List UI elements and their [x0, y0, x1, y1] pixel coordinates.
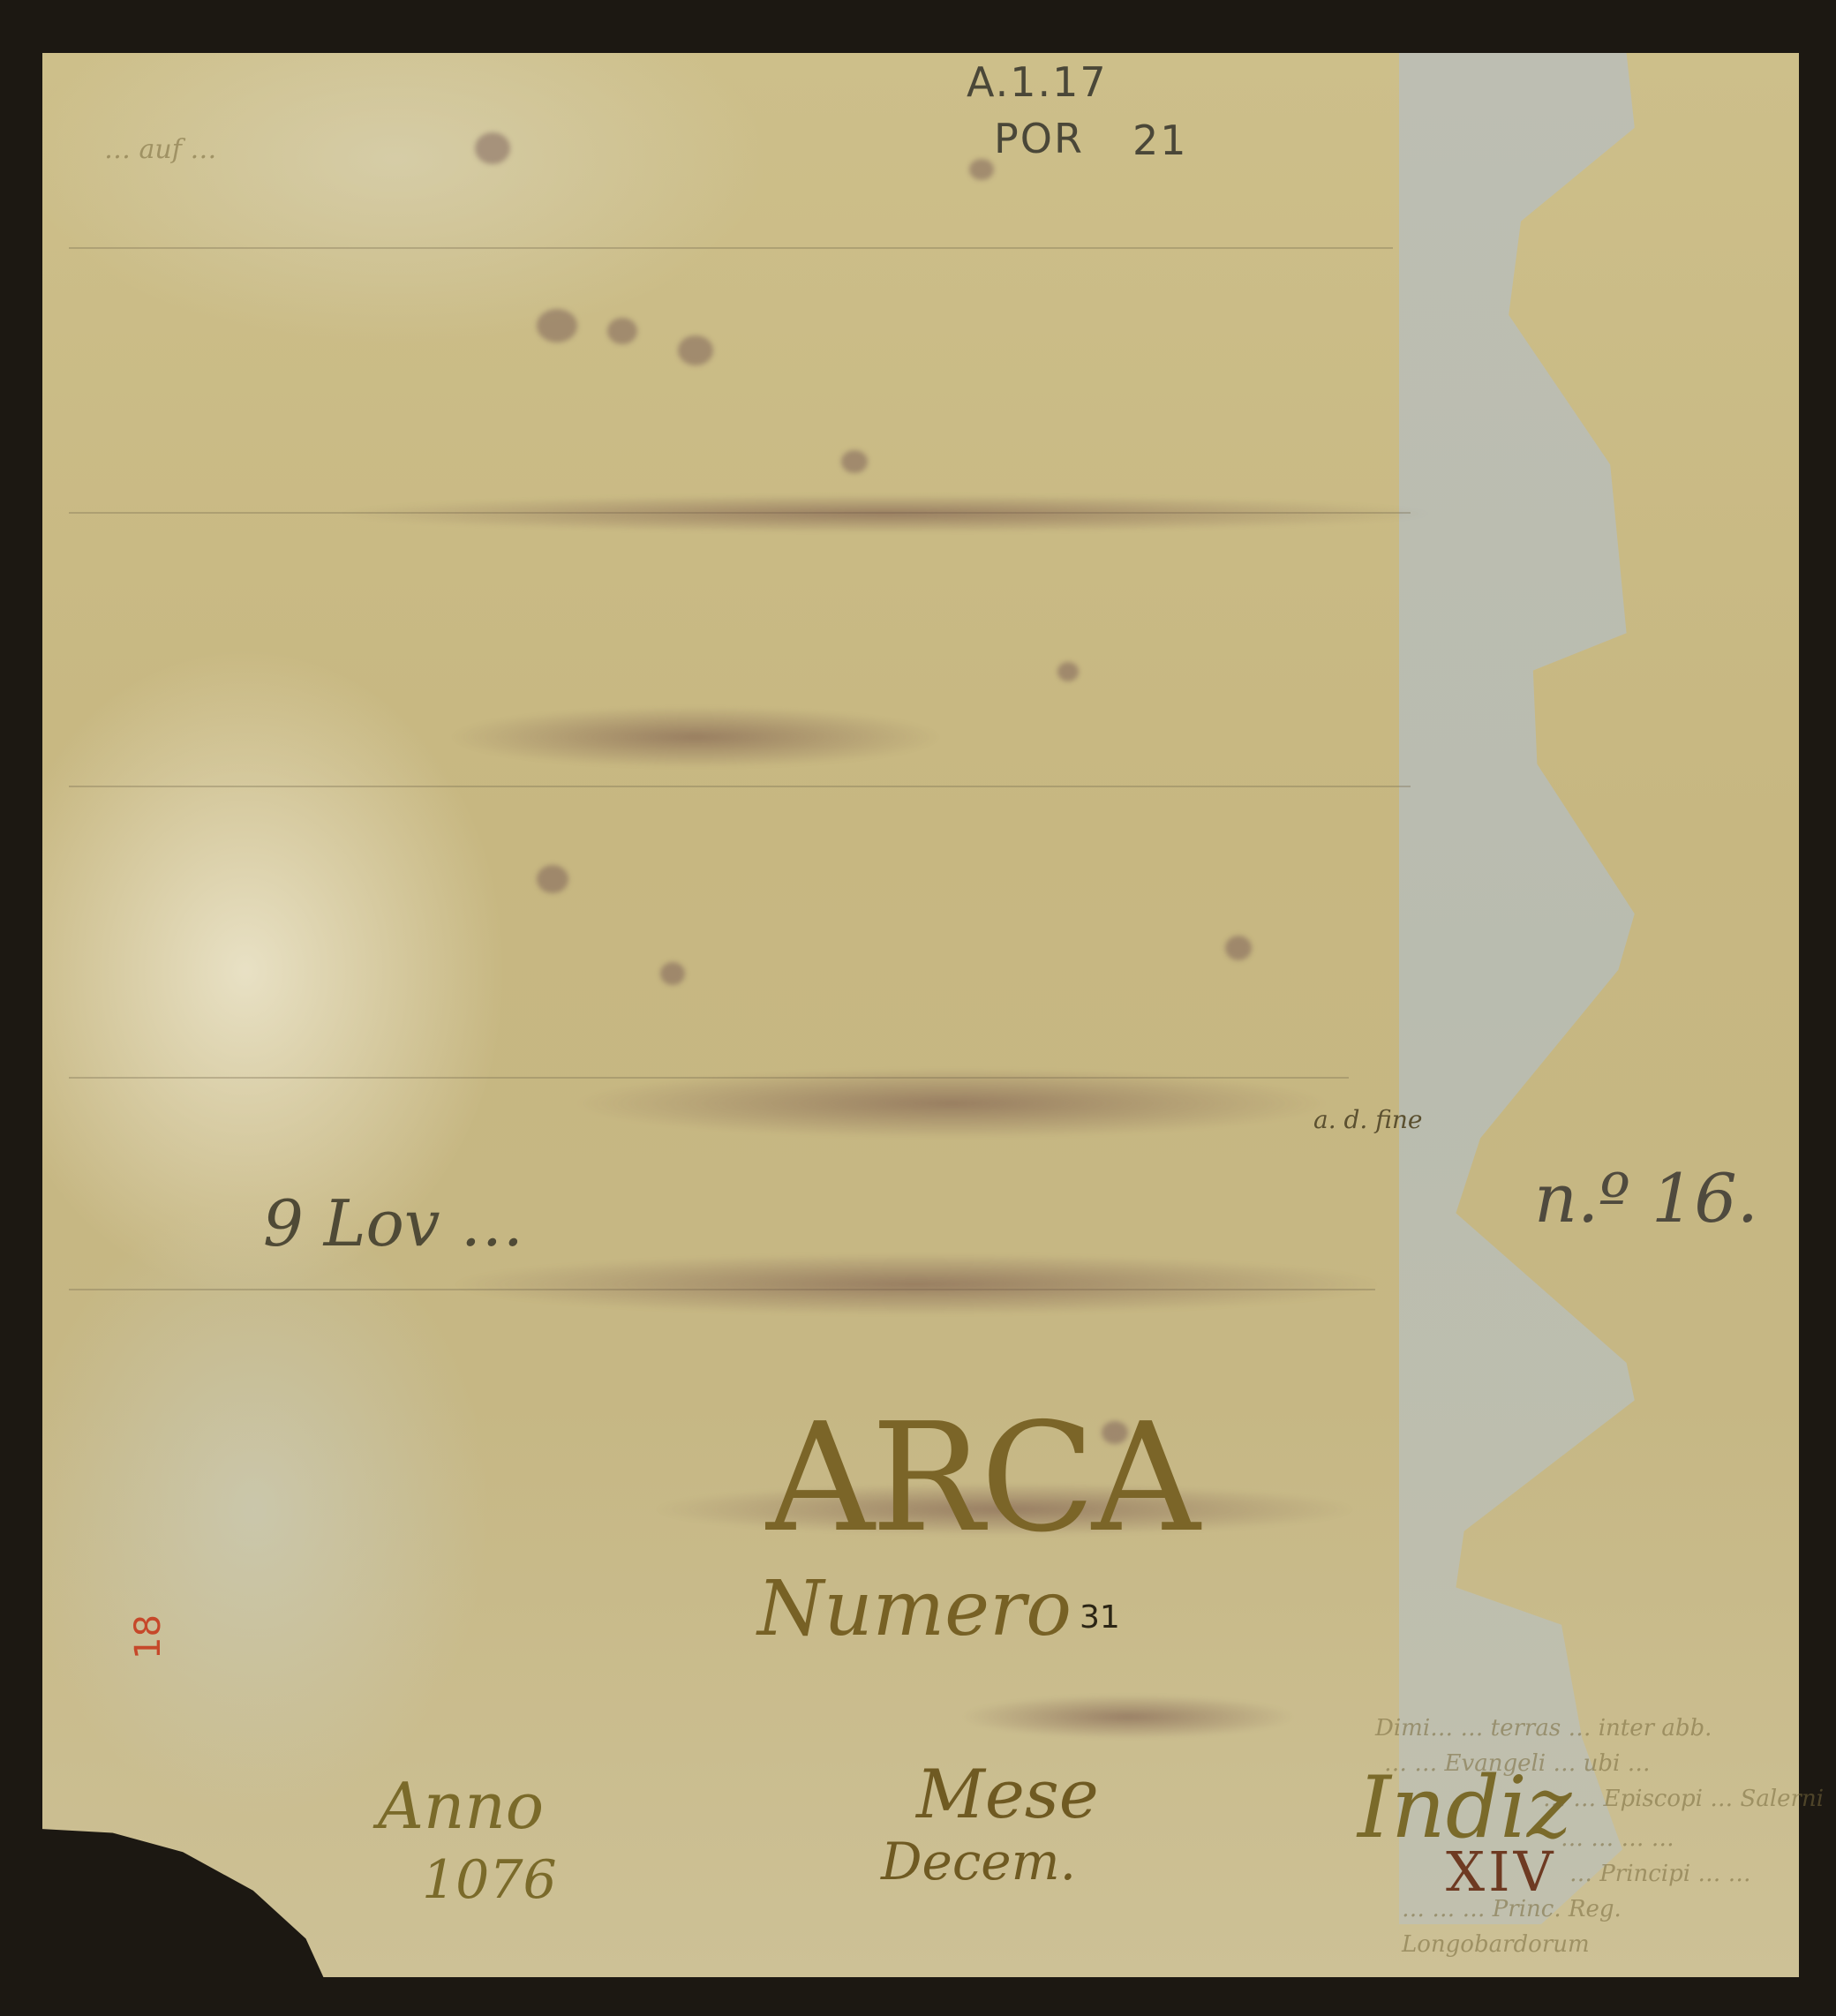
stain-spot [841, 450, 868, 473]
summary-line: … … … Princ. Reg. [1402, 1898, 1622, 1921]
red-stamp: 18 [131, 1614, 166, 1659]
arca-numero-label: Numero [757, 1571, 1072, 1647]
left-annotation: 9 Lov … [263, 1192, 523, 1255]
parchment-sheet: A.1.17 POR 21 … auf … 9 Lov … a. d. fine… [42, 53, 1799, 1977]
fold-line [69, 786, 1411, 787]
stain-band [448, 706, 943, 768]
stain-spot [1057, 662, 1079, 681]
summary-line: … … … … [1561, 1827, 1674, 1850]
stain-spot [607, 318, 637, 344]
arca-title: ARCA [766, 1403, 1197, 1553]
fold-line [69, 247, 1393, 249]
summary-line: … Principi … … [1569, 1862, 1751, 1885]
right-number: n.º 16. [1534, 1165, 1758, 1232]
summary-line: … … Evangeli … ubi … [1384, 1752, 1651, 1775]
summary-line: Dimi… … terras … inter abb. [1375, 1717, 1712, 1740]
stain-band [960, 1695, 1296, 1739]
shelfmark-line-2-number: 21 [1132, 120, 1188, 161]
indiz-label: Indiz [1358, 1765, 1571, 1850]
stain-spot [1225, 936, 1252, 960]
stain-spot [678, 335, 713, 365]
shelfmark-line-2-label: POR [994, 118, 1084, 159]
indiz-value: XIV [1446, 1845, 1556, 1899]
stain-band [572, 1068, 1331, 1139]
margin-note: a. d. fine [1313, 1108, 1423, 1132]
summary-line: … … Episcopi … Salerni [1543, 1787, 1824, 1810]
mese-label: Mese [916, 1761, 1099, 1828]
top-faint-endorsement: … auf … [104, 137, 216, 163]
stain-spot [537, 865, 568, 893]
anno-label: Anno [378, 1774, 544, 1838]
stain-spot [475, 132, 510, 164]
stain-band [448, 1253, 1384, 1315]
summary-line: Longobardorum [1402, 1933, 1590, 1956]
arca-numero-value: 31 [1080, 1602, 1120, 1634]
stain-spot [969, 159, 994, 180]
shelfmark-line-1: A.1.17 [967, 62, 1108, 102]
mese-value: Decem. [881, 1836, 1076, 1887]
anno-value: 1076 [422, 1854, 557, 1907]
stain-band [334, 494, 1437, 533]
stain-spot [660, 962, 685, 985]
stain-spot [537, 309, 577, 342]
